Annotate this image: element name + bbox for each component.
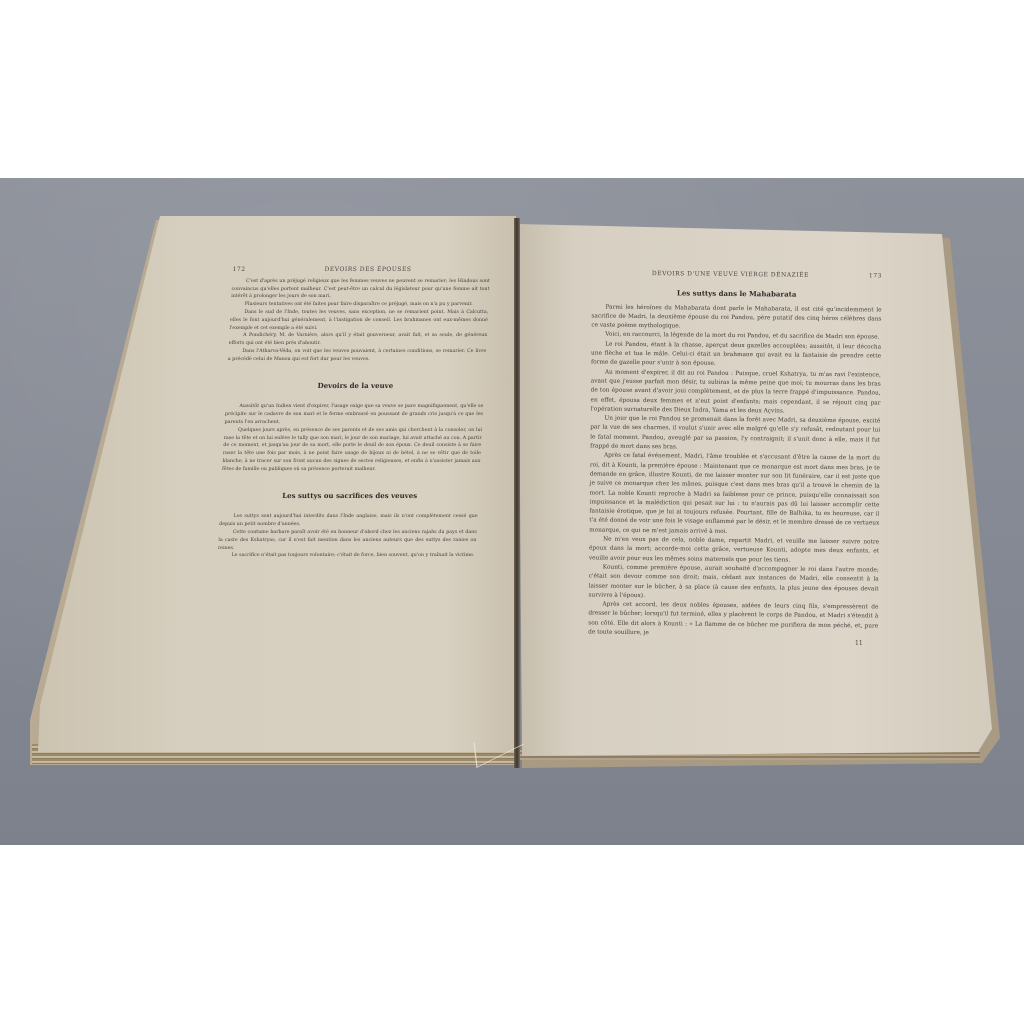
paragraph: Le sacrifice n'était pas toujours volont… xyxy=(217,552,475,560)
paragraph: Cette coutume barbare paraît avoir été e… xyxy=(218,529,477,552)
paragraph: C'est d'après un préjugé religieux que l… xyxy=(231,278,490,301)
section-heading: Les suttys ou sacrifices des veuves xyxy=(220,492,478,500)
left-page-text: 172 DEVOIRS DES ÉPOUSES C'est d'après un… xyxy=(217,266,490,560)
section-heading: Les suttys dans le Mahabarata xyxy=(592,288,882,300)
right-page-number: 173 xyxy=(869,271,882,280)
paragraph: Parmi les héroïnes du Mahabarata dont pa… xyxy=(591,303,881,334)
paragraph: Au moment d'expirer, il dit au roi Pando… xyxy=(590,368,880,418)
paragraph: Après cet accord, les deux nobles épouse… xyxy=(588,601,878,641)
paragraph: Un jour que le roi Pandou se promenait d… xyxy=(590,415,880,455)
paragraph: Aussitôt qu'un Indien vient d'expirer, l… xyxy=(224,403,483,426)
open-book: 172 DEVOIRS DES ÉPOUSES C'est d'après un… xyxy=(0,178,1024,845)
paragraph: Kounti, comme première épouse, aurait so… xyxy=(588,563,878,603)
photo-background: 172 DEVOIRS DES ÉPOUSES C'est d'après un… xyxy=(0,178,1024,845)
book-gutter xyxy=(514,218,520,768)
paragraph: A Pondichéry, M. de Varnière, alors qu'i… xyxy=(228,332,487,348)
left-page-number: 172 xyxy=(232,266,245,274)
right-running-head: DEVOIRS D'UNE VEUVE VIERGE DÉNAZIÉE 173 xyxy=(592,268,882,280)
left-running-title: DEVOIRS DES ÉPOUSES xyxy=(324,266,411,274)
paragraph: Ne m'en veux pas de cela, noble dame, re… xyxy=(589,535,879,566)
paragraph: Dans le sud de l'Inde, toutes les veuves… xyxy=(229,309,488,332)
paragraph: Dans l'Atharva-Véda, on voit que les veu… xyxy=(228,348,487,364)
paragraph: Les suttys sont aujourd'hui interdits da… xyxy=(219,513,478,529)
paragraph: Quelques jours après, en présence de ses… xyxy=(222,427,482,474)
right-running-title: DEVOIRS D'UNE VEUVE VIERGE DÉNAZIÉE xyxy=(652,269,809,280)
paragraph: Plusieurs tentatives ont été faites pour… xyxy=(230,301,488,309)
left-running-head: 172 DEVOIRS DES ÉPOUSES xyxy=(232,266,490,274)
right-page-text: DEVOIRS D'UNE VEUVE VIERGE DÉNAZIÉE 173 … xyxy=(588,268,882,640)
section-heading: Devoirs de la veuve xyxy=(226,382,484,390)
paragraph: Le roi Pandou, étant à la chasse, aperçu… xyxy=(591,340,881,371)
paragraph: Après ce fatal événement, Madri, l'âme t… xyxy=(589,452,880,539)
signature-mark: 11 xyxy=(855,640,863,647)
